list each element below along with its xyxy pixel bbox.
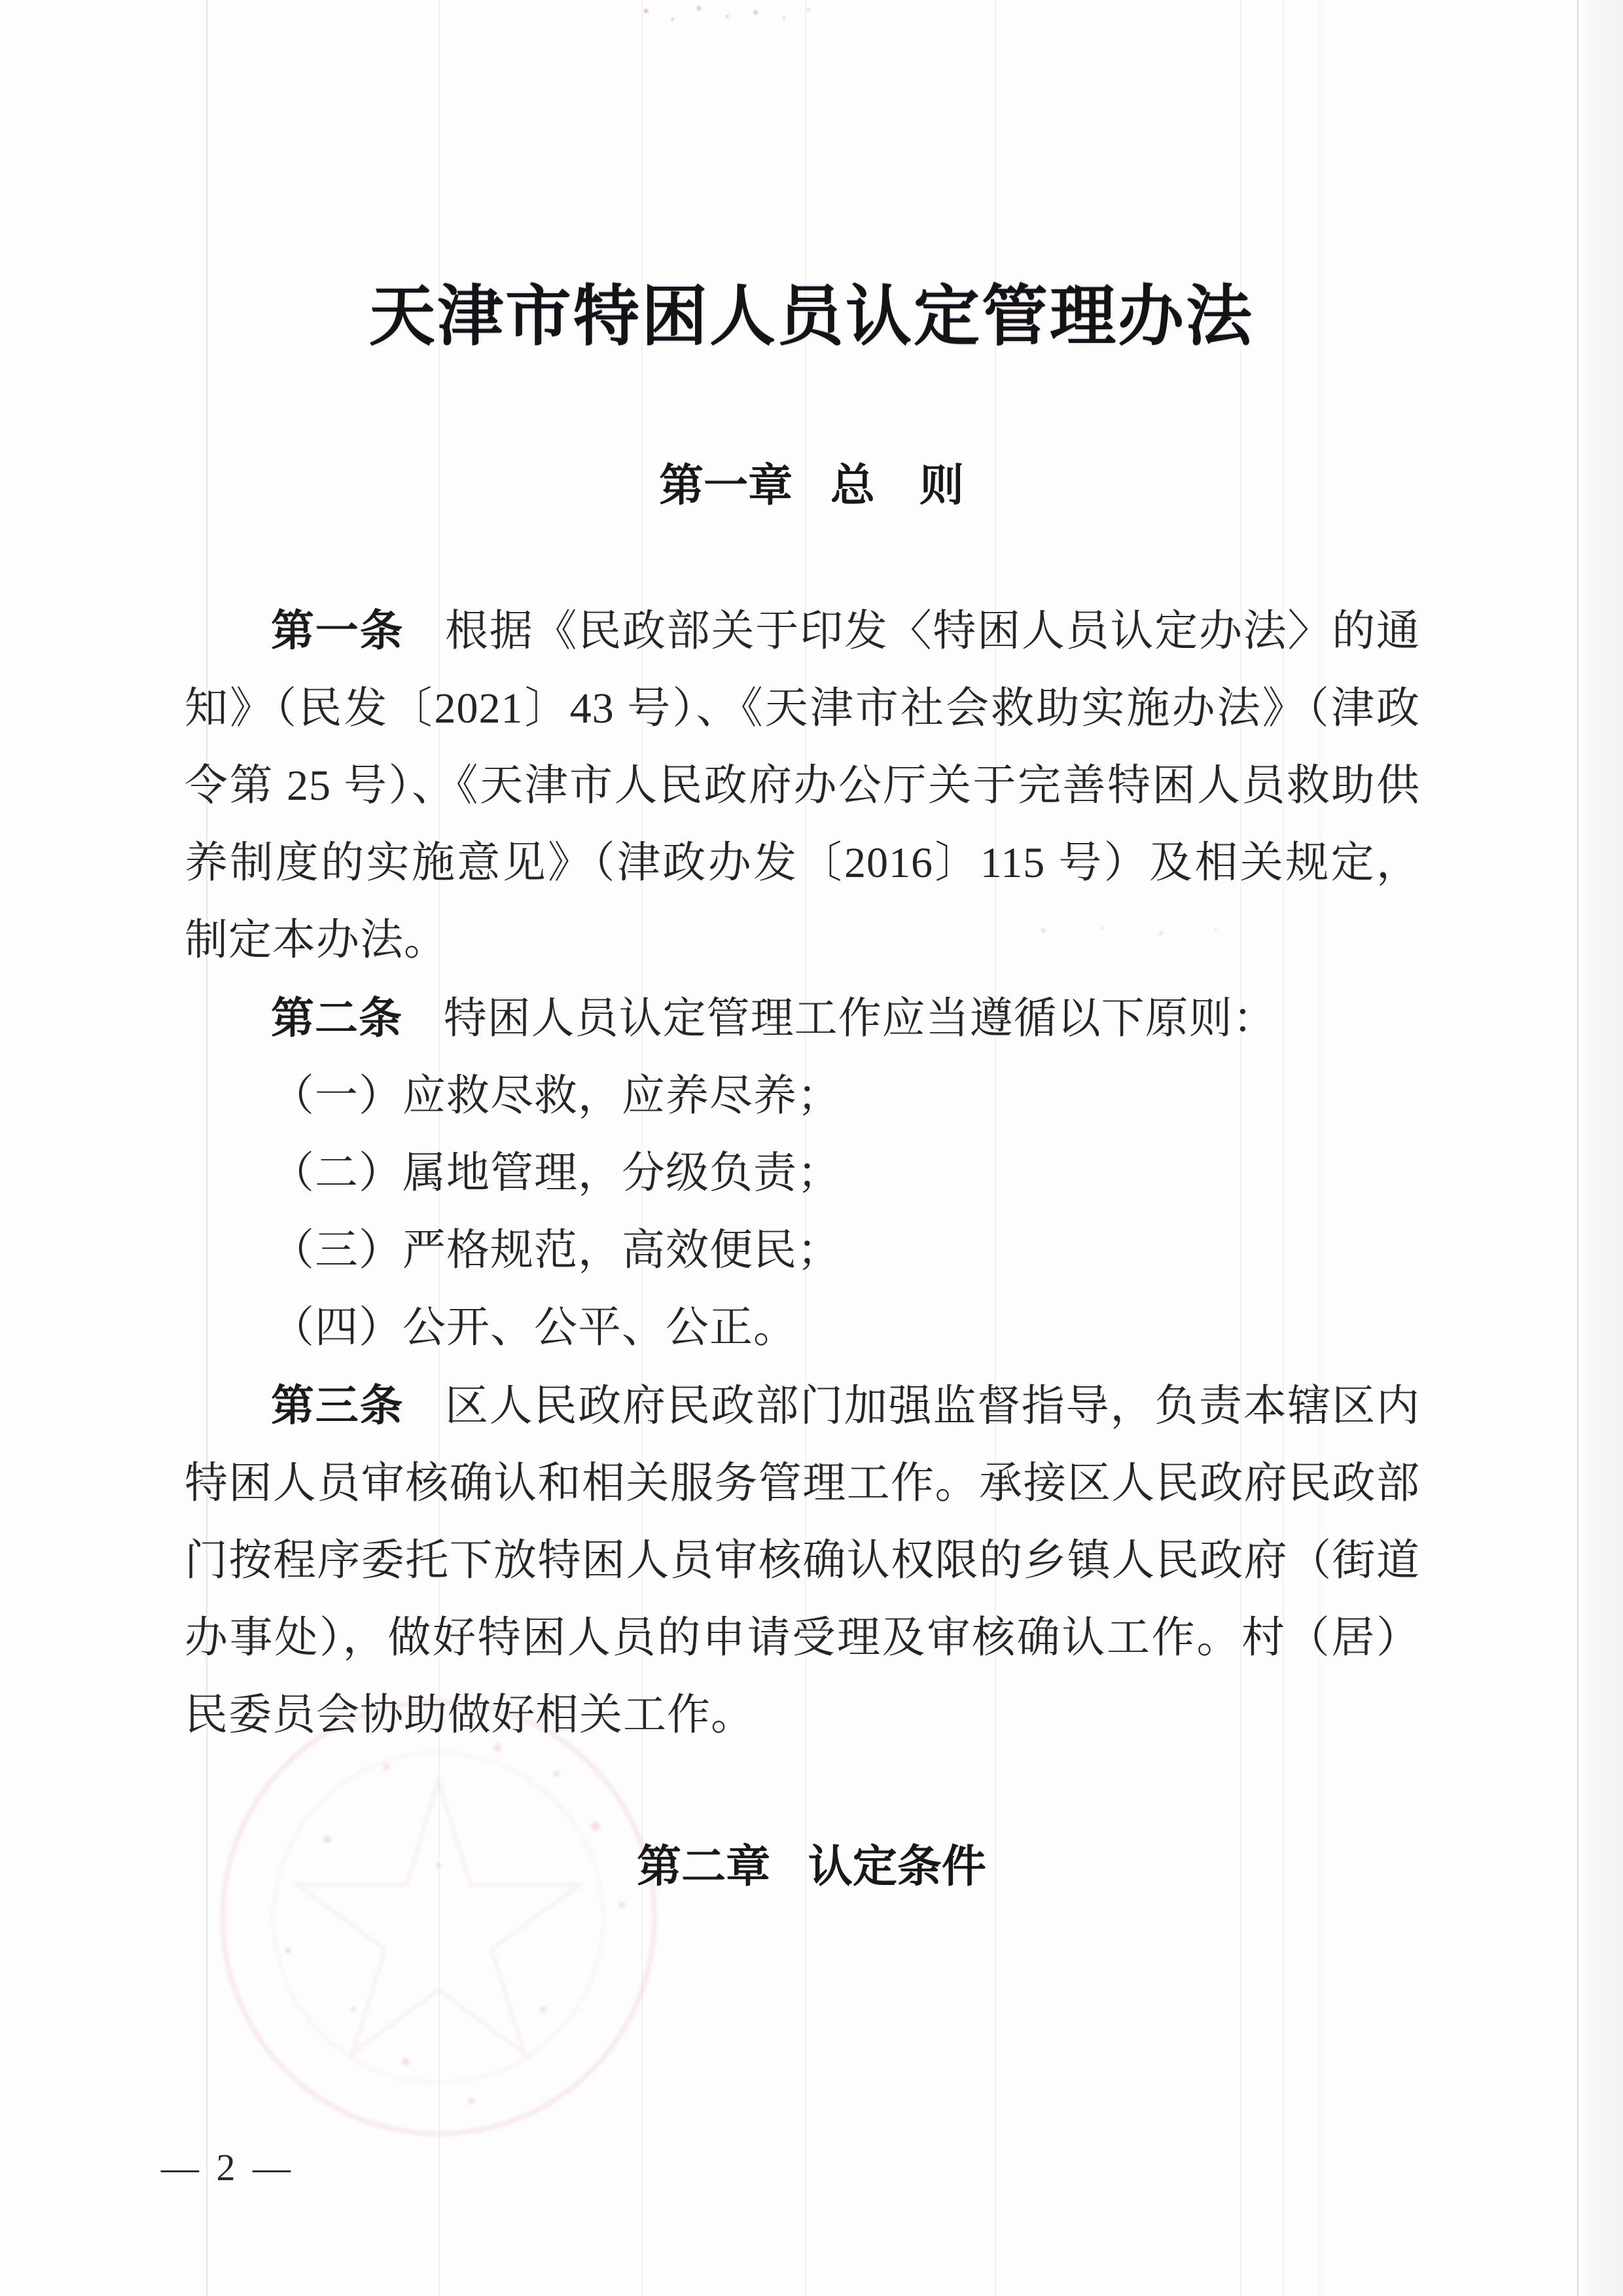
article-2-text: 特困人员认定管理工作应当遵循以下原则：	[444, 995, 1277, 1043]
article-3-text: 区人民政府民政部门加强监督指导，负责本辖区内特困人员审核确认和相关服务管理工作。…	[185, 1382, 1420, 1739]
article-3-label: 第三条	[271, 1381, 404, 1429]
page-number: — 2 —	[161, 2145, 294, 2189]
paragraph-item-4: （四）公开、公平、公正。	[185, 1289, 1420, 1367]
article-1-label: 第一条	[271, 606, 404, 655]
document-page: 天津市特困人员认定管理办法 第一章总 则 第一条根据《民政部关于印发〈特困人员认…	[0, 0, 1623, 2296]
item-1-text: （一）应救尽救，应养尽养；	[271, 1072, 841, 1120]
scan-smudge-top	[622, 0, 825, 27]
paragraph-article-3: 第三条区人民政府民政部门加强监督指导，负责本辖区内特困人员审核确认和相关服务管理…	[185, 1367, 1420, 1754]
chapter-2-number: 第二章	[637, 1842, 770, 1892]
chapter-1-title: 总 则	[830, 461, 964, 511]
paragraph-article-1: 第一条根据《民政部关于印发〈特困人员认定办法〉的通知》（民发〔2021〕43 号…	[185, 592, 1420, 979]
article-1-text: 根据《民政部关于印发〈特困人员认定办法〉的通知》（民发〔2021〕43 号）、《…	[185, 607, 1420, 964]
document-title: 天津市特困人员认定管理办法	[0, 263, 1623, 358]
paragraph-article-2: 第二条特困人员认定管理工作应当遵循以下原则：	[185, 979, 1420, 1058]
document-body: 第一条根据《民政部关于印发〈特困人员认定办法〉的通知》（民发〔2021〕43 号…	[185, 592, 1420, 1754]
paragraph-item-2: （二）属地管理，分级负责；	[185, 1135, 1420, 1212]
paragraph-item-3: （三）严格规范，高效便民；	[185, 1212, 1420, 1289]
chapter-2-title: 认定条件	[808, 1842, 986, 1892]
paragraph-item-1: （一）应救尽救，应养尽养；	[185, 1058, 1420, 1135]
chapter-1-number: 第一章	[659, 461, 793, 511]
article-2-label: 第二条	[271, 994, 402, 1042]
item-4-text: （四）公开、公平、公正。	[271, 1304, 797, 1352]
item-3-text: （三）严格规范，高效便民；	[271, 1227, 841, 1274]
item-2-text: （二）属地管理，分级负责；	[271, 1149, 841, 1197]
chapter-2-heading: 第二章认定条件	[0, 1831, 1623, 1895]
chapter-1-heading: 第一章总 则	[0, 450, 1623, 514]
